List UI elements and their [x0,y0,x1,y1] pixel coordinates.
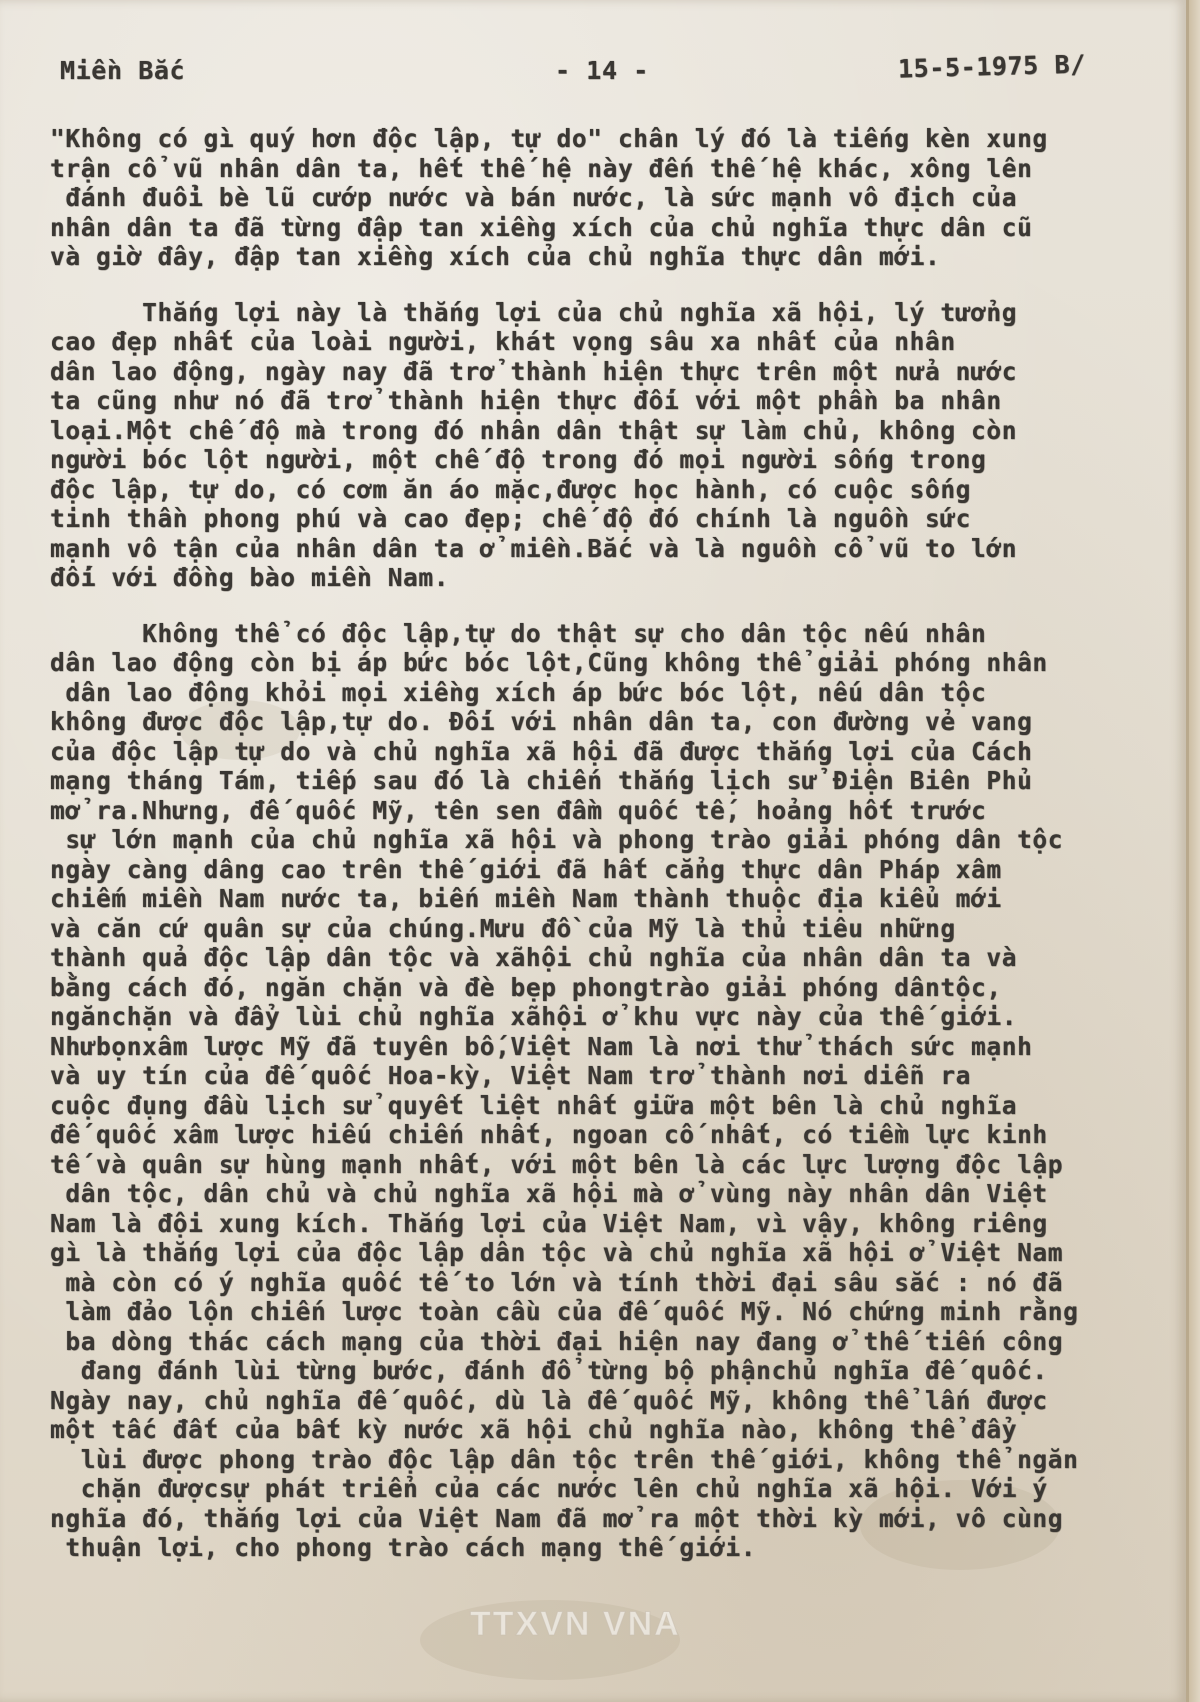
text-line: loại.Một chế độ mà trong đó nhân dân thậ… [50,416,1170,446]
paragraph: "Không có gì quý hơn độc lập, tự do" châ… [50,124,1170,272]
text-line: đế quốc xâm lược hiếu chiến nhất, ngoan … [50,1120,1170,1150]
text-line: mà còn có ý nghĩa quốc tế to lớn và tính… [50,1268,1170,1298]
page-header: Miền Bắc - 14 - 15-5-1975 B/ [60,52,1120,92]
text-line: đánh đuổi bè lũ cướp nước và bán nước, l… [50,183,1170,213]
text-line: và căn cứ quân sự của chúng.Mưu đồ của M… [50,914,1170,944]
text-line: thành quả độc lập dân tộc và xãhội chủ n… [50,943,1170,973]
text-line: của độc lập tự do và chủ nghĩa xã hội đã… [50,737,1170,767]
text-line: không được độc lập,tự do. Đối với nhân d… [50,707,1170,737]
text-line: lùi được phong trào độc lập dân tộc trên… [50,1445,1170,1475]
text-line: ba dòng thác cách mạng của thời đại hiện… [50,1327,1170,1357]
text-line: Thắng lợi này là thắng lợi của chủ nghĩa… [50,298,1170,328]
text-line: thuận lợi, cho phong trào cách mạng thế … [50,1533,1170,1563]
text-line: cao đẹp nhất của loài người, khát vọng s… [50,327,1170,357]
text-line: gì là thắng lợi của độc lập dân tộc và c… [50,1238,1170,1268]
text-line: và giờ đây, đập tan xiềng xích của chủ n… [50,242,1170,272]
text-line: sự lớn mạnh của chủ nghĩa xã hội và phon… [50,825,1170,855]
text-line: Nam là đội xung kích. Thắng lợi của Việt… [50,1209,1170,1239]
text-line: nhân dân ta đã từng đập tan xiềng xích c… [50,213,1170,243]
text-line: độc lập, tự do, có cơm ăn áo mặc,được họ… [50,475,1170,505]
text-line: mạng tháng Tám, tiếp sau đó là chiến thắ… [50,766,1170,796]
text-line: ngănchặn và đẩy lùi chủ nghĩa xãhội ở kh… [50,1002,1170,1032]
text-line: dân lao động còn bị áp bức bóc lột,Cũng … [50,648,1170,678]
text-line: dân tộc, dân chủ và chủ nghĩa xã hội mà … [50,1179,1170,1209]
text-line: làm đảo lộn chiến lược toàn cầu của đế q… [50,1297,1170,1327]
typewritten-page: Miền Bắc - 14 - 15-5-1975 B/ "Không có g… [0,0,1189,1702]
text-line: chiếm miền Nam nước ta, biến miền Nam th… [50,884,1170,914]
text-line: đang đánh lùi từng bước, đánh đổ từng bộ… [50,1356,1170,1386]
document-date: 15-5-1975 B/ [898,50,1087,84]
text-line: ta cũng như nó đã trở thành hiện thực đố… [50,386,1170,416]
text-line: đối với đồng bào miền Nam. [50,563,1170,593]
page-edge [1189,0,1200,1702]
text-line: mạnh vô tận của nhân dân ta ở miền.Bắc v… [50,534,1170,564]
document-body: "Không có gì quý hơn độc lập, tự do" châ… [50,124,1170,1589]
text-line: Không thể có độc lập,tự do thật sự cho d… [50,619,1170,649]
text-line: một tấc đất của bất kỳ nước xã hội chủ n… [50,1415,1170,1445]
text-line: và uy tín của đế quốc Hoa-kỳ, Việt Nam t… [50,1061,1170,1091]
text-line: tinh thần phong phú và cao đẹp; chế độ đ… [50,504,1170,534]
text-line: cuộc đụng đầu lịch sử quyết liệt nhất gi… [50,1091,1170,1121]
header-region-label: Miền Bắc [60,56,185,85]
watermark: TTXVN VNA [470,1605,681,1644]
paragraph: Không thể có độc lập,tự do thật sự cho d… [50,619,1170,1563]
text-line: người bóc lột người, một chế độ trong đó… [50,445,1170,475]
text-line: Nhưbọnxâm lược Mỹ đã tuyên bố,Việt Nam l… [50,1032,1170,1062]
text-line: trận cổ vũ nhân dân ta, hết thế hệ này đ… [50,154,1170,184]
text-line: bằng cách đó, ngăn chặn và đè bẹp phongt… [50,973,1170,1003]
text-line: Ngày nay, chủ nghĩa đế quốc, dù là đế qu… [50,1386,1170,1416]
text-line: tế và quân sự hùng mạnh nhất, với một bê… [50,1150,1170,1180]
text-line: nghĩa đó, thắng lợi của Việt Nam đã mở r… [50,1504,1170,1534]
text-line: dân lao động khỏi mọi xiềng xích áp bức … [50,678,1170,708]
text-line: dân lao động, ngày nay đã trở thành hiện… [50,357,1170,387]
text-line: chặn đượcsự phát triển của các nước lên … [50,1474,1170,1504]
text-line: mở ra.Nhưng, đế quốc Mỹ, tên sen đầm quố… [50,796,1170,826]
page-number: - 14 - [555,56,649,85]
paragraph: Thắng lợi này là thắng lợi của chủ nghĩa… [50,298,1170,593]
text-line: "Không có gì quý hơn độc lập, tự do" châ… [50,124,1170,154]
text-line: ngày càng dâng cao trên thế giới đã hất … [50,855,1170,885]
